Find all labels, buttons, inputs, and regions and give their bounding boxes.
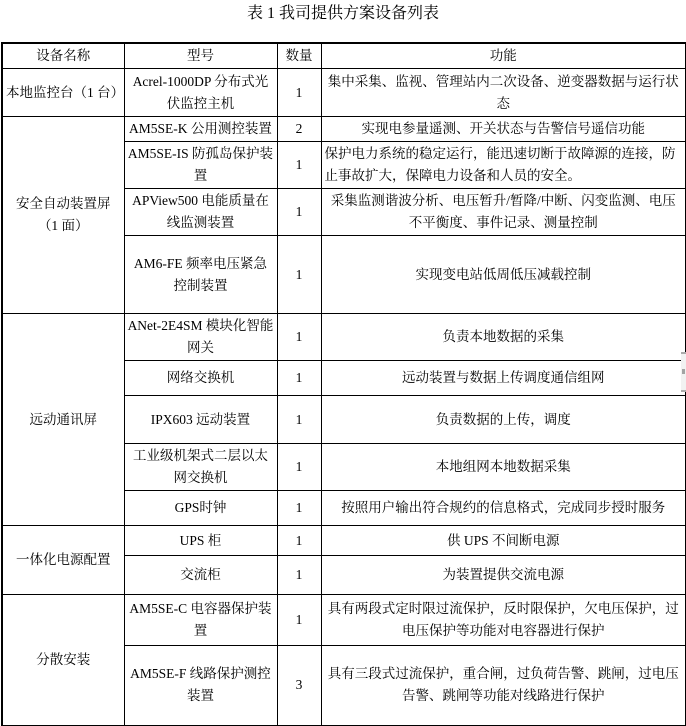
function-cell: 保护电力系统的稳定运行，能迅速切断于故障源的连接，防止事故扩大，保障电力设备和人… [321,142,686,189]
model-cell: AM5SE-C 电容器保护装置 [124,595,277,646]
function-cell: 供 UPS 不间断电源 [321,526,686,556]
table-row: 分散安装 AM5SE-C 电容器保护装置 1 具有两段式定时限过流保护，反时限保… [2,595,686,646]
model-cell: UPS 柜 [124,526,277,556]
model-cell: AM6-FE 频率电压紧急控制装置 [124,236,277,314]
quantity-cell: 1 [277,491,321,526]
quantity-cell: 1 [277,361,321,396]
quantity-cell: 3 [277,646,321,726]
group-cell-telecontrol-panel: 远动通讯屏 [2,314,124,526]
equipment-table: 设备名称 型号 数量 功能 本地监控台（1 台） Acrel-1000DP 分布… [1,42,686,726]
quantity-cell: 1 [277,189,321,236]
header-model: 型号 [124,43,277,69]
function-cell: 按照用户输出符合规约的信息格式，完成同步授时服务 [321,491,686,526]
model-cell: IPX603 远动装置 [124,396,277,444]
model-cell: 交流柜 [124,556,277,595]
quantity-cell: 1 [277,526,321,556]
quantity-cell: 1 [277,236,321,314]
quantity-cell: 1 [277,396,321,444]
table-row: 远动通讯屏 ANet-2E4SM 模块化智能网关 1 负责本地数据的采集 [2,314,686,361]
scrollbar-grip-icon [682,369,685,374]
model-cell: 工业级机架式二层以太网交换机 [124,444,277,491]
quantity-cell: 1 [277,444,321,491]
function-cell: 具有两段式定时限过流保护，反时限保护，欠电压保护，过电压保护等功能对电容器进行保… [321,595,686,646]
header-quantity: 数量 [277,43,321,69]
group-cell-local-monitor-station: 本地监控台（1 台） [2,69,124,117]
model-cell: ANet-2E4SM 模块化智能网关 [124,314,277,361]
table-row: 安全自动装置屏（1 面） AM5SE-K 公用测控装置 2 实现电参量遥测、开关… [2,117,686,142]
quantity-cell: 1 [277,556,321,595]
model-cell: GPS时钟 [124,491,277,526]
group-cell-safety-auto-panel: 安全自动装置屏（1 面） [2,117,124,314]
table-caption: 表 1 我司提供方案设备列表 [0,0,686,42]
model-cell: APView500 电能质量在线监测装置 [124,189,277,236]
header-row: 设备名称 型号 数量 功能 [2,43,686,69]
function-cell: 本地组网本地数据采集 [321,444,686,491]
function-cell: 远动装置与数据上传调度通信组网 [321,361,686,396]
function-cell: 集中采集、监视、管理站内二次设备、逆变器数据与运行状态 [321,69,686,117]
scrollbar-thumb[interactable] [681,352,686,392]
function-cell: 为装置提供交流电源 [321,556,686,595]
model-cell: 网络交换机 [124,361,277,396]
model-cell: AM5SE-IS 防孤岛保护装置 [124,142,277,189]
table-row: 一体化电源配置 UPS 柜 1 供 UPS 不间断电源 [2,526,686,556]
function-cell: 实现变电站低周低压减载控制 [321,236,686,314]
function-cell: 负责本地数据的采集 [321,314,686,361]
quantity-cell: 1 [277,314,321,361]
model-cell: Acrel-1000DP 分布式光伏监控主机 [124,69,277,117]
function-cell: 负责数据的上传，调度 [321,396,686,444]
table-row: 本地监控台（1 台） Acrel-1000DP 分布式光伏监控主机 1 集中采集… [2,69,686,117]
quantity-cell: 1 [277,69,321,117]
function-cell: 实现电参量遥测、开关状态与告警信号遥信功能 [321,117,686,142]
quantity-cell: 2 [277,117,321,142]
group-cell-distributed-install: 分散安装 [2,595,124,726]
header-device-name: 设备名称 [2,43,124,69]
function-cell: 具有三段式过流保护，重合闸，过负荷告警、跳闸，过电压告警、跳闸等功能对线路进行保… [321,646,686,726]
model-cell: AM5SE-F 线路保护测控装置 [124,646,277,726]
header-function: 功能 [321,43,686,69]
quantity-cell: 1 [277,142,321,189]
function-cell: 采集监测谐波分析、电压暂升/暂降/中断、闪变监测、电压不平衡度、事件记录、测量控… [321,189,686,236]
quantity-cell: 1 [277,595,321,646]
group-cell-integrated-power: 一体化电源配置 [2,526,124,595]
model-cell: AM5SE-K 公用测控装置 [124,117,277,142]
